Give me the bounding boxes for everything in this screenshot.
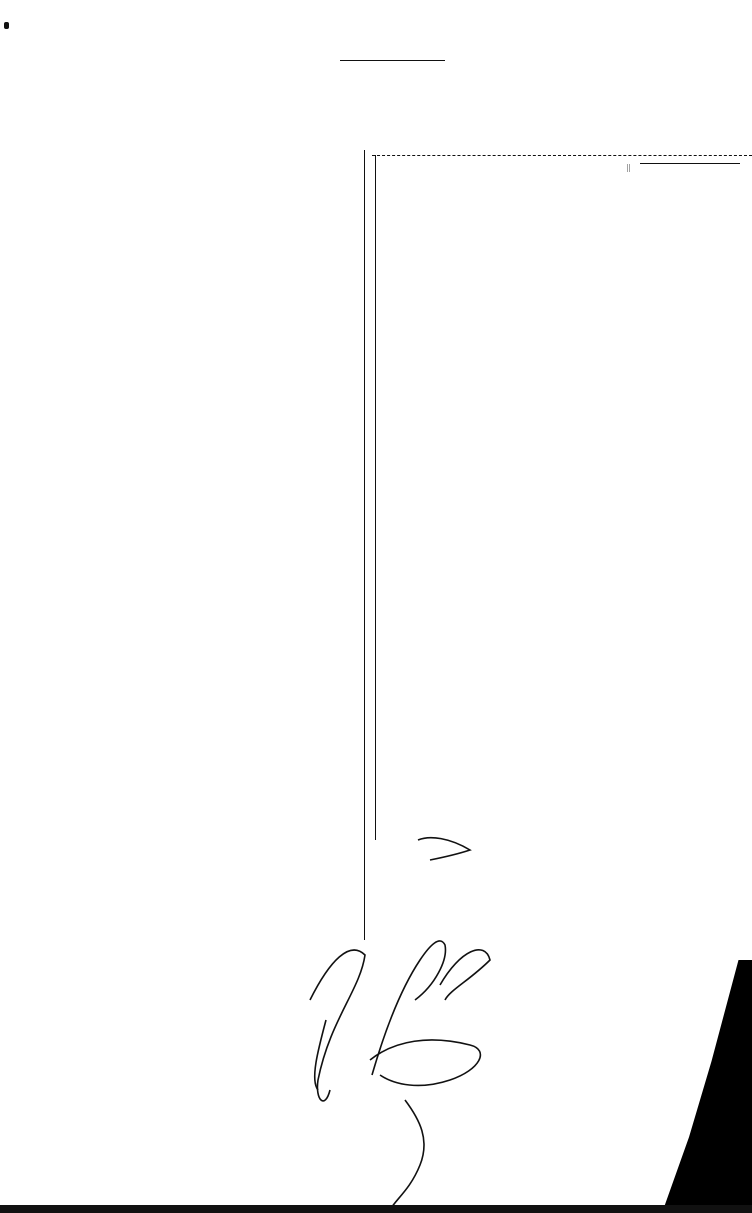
scan-edge [0, 1205, 752, 1213]
handwritten-signatures [0, 0, 752, 1213]
